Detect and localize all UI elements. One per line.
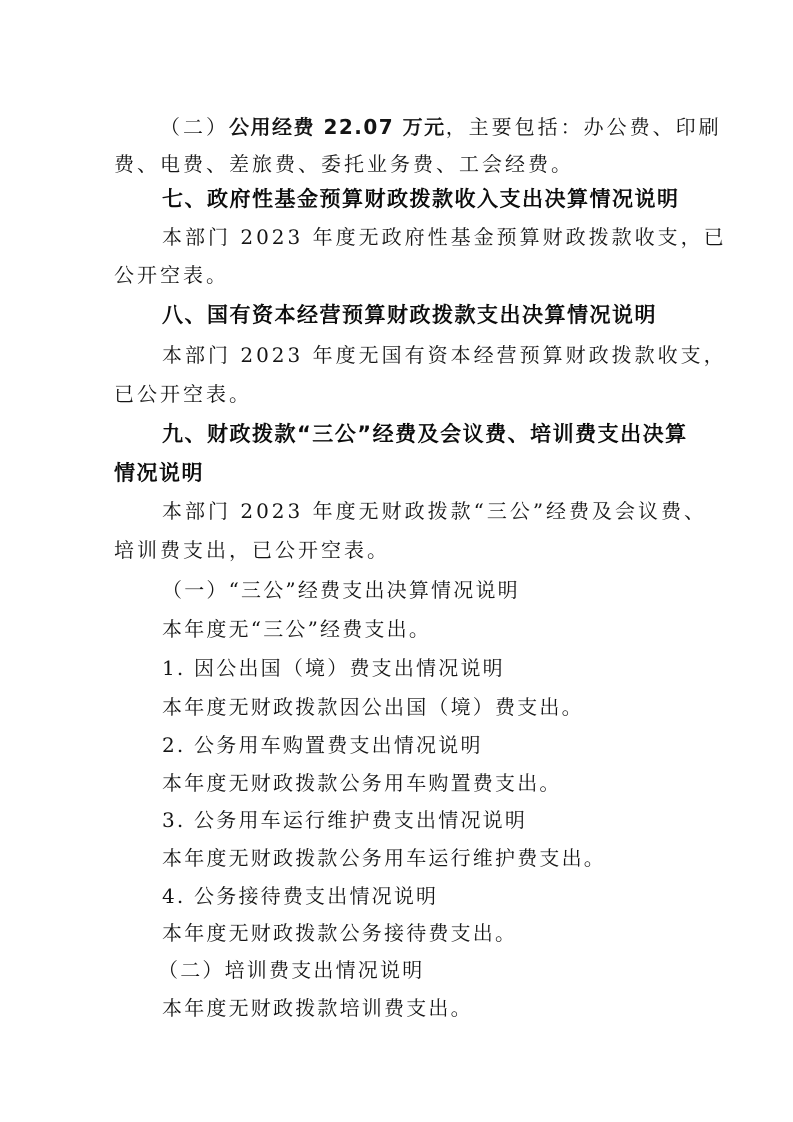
item-2-body: 本年度无财政拨款公务用车购置费支出。	[162, 769, 562, 797]
public-expense-continuation: 费、电费、差旅费、委托业务费、工会经费。	[114, 150, 574, 178]
item-4-title: 4. 公务接待费支出情况说明	[162, 882, 438, 910]
item-3-title: 3. 公务用车运行维护费支出情况说明	[162, 806, 527, 834]
public-expense-prefix: （二）	[160, 115, 229, 139]
public-expense-amount: 公用经费 22.07 万元	[229, 115, 446, 139]
subsection-2-title: （二）培训费支出情况说明	[158, 956, 424, 984]
section-9-body-line2: 培训费支出，已公开空表。	[114, 536, 390, 564]
section-9-heading-line1: 九、财政拨款“三公”经费及会议费、培训费支出决算	[162, 420, 688, 448]
section-7-body-line2: 公开空表。	[114, 261, 229, 289]
section-9-body-line1: 本部门 2023 年度无财政拨款“三公”经费及会议费、	[162, 497, 707, 525]
item-3-body: 本年度无财政拨款公务用车运行维护费支出。	[162, 844, 606, 872]
section-9-heading-line2: 情况说明	[114, 459, 204, 487]
public-expense-paragraph: （二）公用经费 22.07 万元，主要包括：办公费、印刷	[160, 113, 722, 141]
item-1-body: 本年度无财政拨款因公出国（境）费支出。	[162, 693, 584, 721]
section-8-body-line2: 已公开空表。	[114, 380, 252, 408]
public-expense-rest: ，主要包括：办公费、印刷	[446, 115, 722, 139]
section-8-body-line1: 本部门 2023 年度无国有资本经营预算财政拨款收支，	[162, 341, 727, 369]
subsection-1-body: 本年度无“三公”经费支出。	[162, 615, 431, 643]
section-7-heading: 七、政府性基金预算财政拨款收入支出决算情况说明	[162, 185, 680, 213]
section-7-body-line1: 本部门 2023 年度无政府性基金预算财政拨款收支，已	[162, 223, 727, 251]
subsection-2-body: 本年度无财政拨款培训费支出。	[162, 994, 473, 1022]
document-page: （二）公用经费 22.07 万元，主要包括：办公费、印刷 费、电费、差旅费、委托…	[0, 0, 793, 1122]
item-4-body: 本年度无财政拨款公务接待费支出。	[162, 919, 517, 947]
section-8-heading: 八、国有资本经营预算财政拨款支出决算情况说明	[162, 301, 657, 329]
item-2-title: 2. 公务用车购置费支出情况说明	[162, 731, 483, 759]
item-1-title: 1. 因公出国（境）费支出情况说明	[162, 654, 505, 682]
subsection-1-title: （一）“三公”经费支出决算情况说明	[162, 576, 520, 604]
